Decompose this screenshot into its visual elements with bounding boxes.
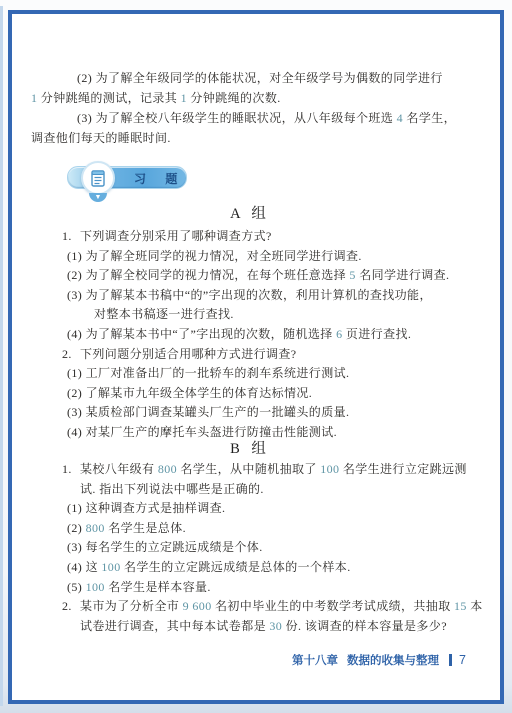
intro-paragraphs: (2) 为了解全年级同学的体能状况，对全年级学号为偶数的同学进行1 分钟跳绳的测… [31,68,491,148]
group-a-questions: 1.下列调查分别采用了哪种调查方式?(1) 为了解全班同学的视力情况，对全班同学… [31,227,491,443]
text-line: 2.某市为了分析全市 9 600 名初中毕业生的中考数学考试成绩，共抽取 15 … [31,597,491,617]
group-a-title: A 组 [12,202,488,223]
text-line: 调查他们每天的睡眠时间. [31,128,491,148]
item-label: (4) [67,327,86,341]
item-label: (3) [67,540,86,554]
text-line: 1.某校八年级有 800 名学生，从中随机抽取了 100 名学生进行立定跳远测 [31,460,491,480]
group-b-title: B 组 [12,437,488,458]
text-line: 2.下列问题分别适合用哪种方式进行调查? [31,345,491,365]
text-line: (3) 某质检部门调查某罐头厂生产的一批罐头的质量. [31,403,491,423]
text-line: (5) 100 名学生是样本容量. [31,578,491,598]
text-line: (1) 这种调查方式是抽样调查. [31,499,491,519]
text-line: 1 分钟跳绳的测试，记录其 1 分钟跳绳的次数. [31,88,491,108]
exercises-badge: ▼ 习 题 [67,166,187,189]
item-label: (3) [77,111,96,125]
item-label: (1) [67,501,86,515]
question-number: 2. [62,345,80,365]
text-line: 试卷进行调查，其中每本试卷都是 30 份. 该调查的样本容量是多少? [31,617,491,637]
text-line: (4) 这 100 名学生的立定跳远成绩是总体的一个样本. [31,558,491,578]
text-line: (1) 工厂对准备出厂的一批轿车的刹车系统进行测试. [31,364,491,384]
text-line: 1.下列调查分别采用了哪种调查方式? [31,227,491,247]
item-label: (4) [67,560,86,574]
text-line: 对整本书稿逐一进行查找. [31,305,491,325]
text-line: (3) 为了解某本书稿中“的”字出现的次数，利用计算机的查找功能， [31,286,491,306]
highlighted-number: 800 [158,462,177,476]
text-line: (2) 了解某市九年级全体学生的体育达标情况. [31,384,491,404]
text-line: (4) 为了解某本书中“了”字出现的次数，随机选择 6 页进行查找. [31,325,491,345]
text-line: (3) 为了解全校八年级学生的睡眠状况，从八年级每个班选 4 名学生， [31,108,491,128]
question-number: 2. [62,597,80,617]
item-label: (2) [67,268,86,282]
exercises-badge-label: 习 题 [134,170,185,187]
highlighted-number: 100 [320,462,339,476]
text-line: (2) 为了解全校同学的视力情况，在每个班任意选择 5 名同学进行调查. [31,266,491,286]
text-line: 试. 指出下列说法中哪些是正确的. [31,480,491,500]
chevron-down-icon: ▼ [89,193,107,202]
page-frame: (2) 为了解全年级同学的体能状况，对全年级学号为偶数的同学进行1 分钟跳绳的测… [8,10,504,704]
highlighted-number: 15 [454,599,467,613]
item-label: (1) [67,366,86,380]
highlighted-number: 100 [86,580,105,594]
highlighted-number: 800 [86,521,105,535]
highlighted-number: 30 [269,619,282,633]
highlighted-number: 9 600 [183,599,212,613]
text-line: (1) 为了解全班同学的视力情况，对全班同学进行调查. [31,247,491,267]
item-label: (2) [67,521,86,535]
item-label: (5) [67,580,86,594]
footer-chapter: 第十八章 [292,655,338,667]
page-content: (2) 为了解全年级同学的体能状况，对全年级学号为偶数的同学进行1 分钟跳绳的测… [12,14,500,700]
question-number: 1. [62,227,80,247]
item-label: (3) [67,288,86,302]
footer-divider [449,654,452,666]
highlighted-number: 100 [101,560,120,574]
group-b-questions: 1.某校八年级有 800 名学生，从中随机抽取了 100 名学生进行立定跳远测试… [31,460,491,636]
page-footer: 第十八章数据的收集与整理7 [292,652,466,668]
footer-chapter-title: 数据的收集与整理 [347,655,439,667]
textbook-page-scan: (2) 为了解全年级同学的体能状况，对全年级学号为偶数的同学进行1 分钟跳绳的测… [0,0,512,713]
text-line: (2) 为了解全年级同学的体能状况，对全年级学号为偶数的同学进行 [31,68,491,88]
notepad-icon [81,161,115,195]
text-line: (3) 每名学生的立定跳远成绩是个体. [31,538,491,558]
page-number: 7 [459,653,466,667]
question-number: 1. [62,460,80,480]
item-label: (3) [67,405,86,419]
text-line: (2) 800 名学生是总体. [31,519,491,539]
item-label: (1) [67,249,86,263]
item-label: (2) [67,386,86,400]
item-label: (2) [77,71,96,85]
